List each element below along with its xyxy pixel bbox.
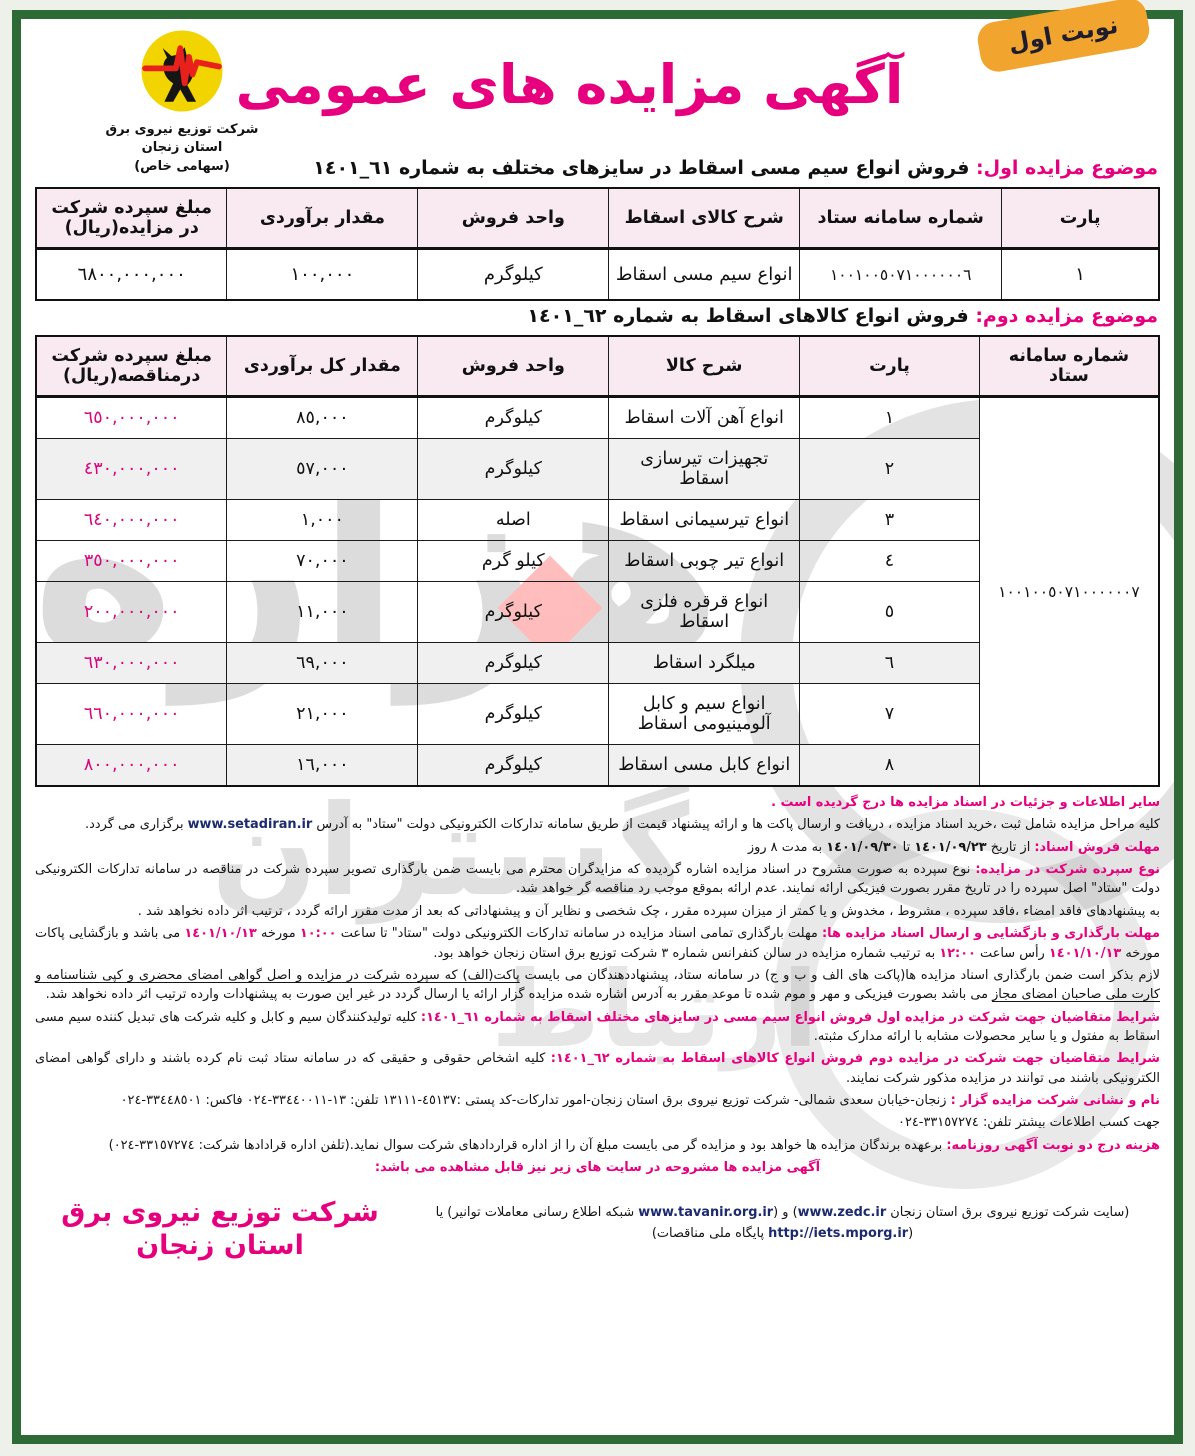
text-segment: ١٤٠١/٠٩/٢٣ — [914, 840, 986, 855]
column-header: واحد فروش — [418, 188, 609, 249]
table-cell: ١١,٠٠٠ — [227, 582, 418, 643]
page-title: آگهی مزایده های عمومی — [7, 25, 1132, 116]
table-cell: ٤ — [800, 541, 980, 582]
green-frame: هزاره گستران ارتباط شرکت توزیع نیروی برق… — [12, 10, 1183, 1444]
table-cell: ٨٠٠,٠٠٠,٠٠٠ — [36, 745, 227, 787]
website-url-text: www.tavanir.org.ir — [638, 1205, 773, 1220]
table-cell: ٦٨٠٠,٠٠٠,٠٠٠ — [36, 249, 227, 301]
paragraph: سایر اطلاعات و جزئیات در اسناد مزایده ها… — [35, 793, 1160, 812]
text-segment: به ترتیب شماره مزایده در سالن کنفرانس شم… — [433, 946, 939, 961]
paragraph: آگهی مزایده ها مشروحه در سایت های زیر نی… — [35, 1158, 1160, 1177]
paragraph: جهت کسب اطلاعات بیشتر تلفن: ٣٣١٥٧٢٧٤-٠٢٤ — [35, 1113, 1160, 1132]
footer-company-name: شرکت توزیع نیروی برق استان زنجان — [35, 1183, 405, 1262]
text-segment: نوع سپرده شرکت در مزایده: — [975, 862, 1160, 877]
paragraph: نوع سپرده شرکت در مزایده: نوع سپرده به ص… — [35, 860, 1160, 899]
table-cell: انواع تیرسیمانی اسقاط — [609, 500, 800, 541]
text-segment: کلیه مراحل مزایده شامل ثبت ،خرید اسناد م… — [312, 817, 1160, 832]
column-header: شماره سامانه ستاد — [800, 188, 1002, 249]
text-segment: لازم بذکر است ضمن بارگذاری اسناد مزایده … — [520, 968, 1160, 983]
text-segment: ١٠:٠٠ — [300, 926, 337, 941]
table-cell: ٥٧,٠٠٠ — [227, 439, 418, 500]
table-cell: ٧ — [800, 684, 980, 745]
table-cell: ٣٥٠,٠٠٠,٠٠٠ — [36, 541, 227, 582]
column-header: مقدار کل برآوردی — [227, 336, 418, 397]
text-segment: (سایت شرکت توزیع نیروی برق استان زنجان — [886, 1205, 1129, 1220]
table-cell: کیلوگرم — [418, 439, 609, 500]
table-cell: تجهیزات تیرسازی اسقاط — [609, 439, 800, 500]
table-header-row: پارتشماره سامانه ستادشرح کالای اسقاطواحد… — [36, 188, 1159, 249]
paragraph: کلیه مراحل مزایده شامل ثبت ،خرید اسناد م… — [35, 815, 1160, 834]
table-cell: ١ — [800, 397, 980, 439]
table-cell: ٦٩,٠٠٠ — [227, 643, 418, 684]
terms-paragraphs: سایر اطلاعات و جزئیات در اسناد مزایده ها… — [35, 793, 1160, 1177]
text-segment: نام و نشانی شرکت مزایده گزار : — [951, 1093, 1160, 1108]
table-cell: ٦٥٠,٠٠٠,٠٠٠ — [36, 397, 227, 439]
table-cell: کیلوگرم — [418, 684, 609, 745]
table-cell: انواع آهن آلات اسقاط — [609, 397, 800, 439]
text-segment: مورخه — [257, 926, 300, 941]
column-header: شرح کالای اسقاط — [609, 188, 800, 249]
table-cell: انواع سیم و کابل آلومینیومی اسقاط — [609, 684, 800, 745]
text-segment: جهت کسب اطلاعات بیشتر تلفن: ٣٣١٥٧٢٧٤-٠٢٤ — [898, 1115, 1160, 1130]
table-cell: کیلو گرم — [418, 541, 609, 582]
newspaper-ad-sheet: نوبت اول هزاره گستران ارتباط شرکت توزیع … — [0, 0, 1195, 1456]
website-url-text: www.zedc.ir — [798, 1205, 887, 1220]
text-segment: مهلت بارگذاری تمامی اسناد مزایده در ساما… — [337, 926, 823, 941]
table-cell: ٣ — [800, 500, 980, 541]
text-segment: ) و ( — [773, 1205, 797, 1220]
text-segment: زنجان-خیابان سعدی شمالی- شرکت توزیع نیرو… — [121, 1093, 951, 1108]
text-segment: هزینه درج دو نوبت آگهی روزنامه: — [946, 1138, 1160, 1153]
table-row: ١١٠٠١٠٠٥٠٧١٠٠٠٠٠٠٦انواع سیم مسی اسقاطکیل… — [36, 249, 1159, 301]
text-segment: تا — [899, 840, 915, 855]
table-cell: انواع سیم مسی اسقاط — [609, 249, 800, 301]
auction-2-table: شماره سامانه ستادپارتشرح کالاواحد فروشمق… — [35, 335, 1160, 787]
text-segment: شرایط متقاضیان جهت شرکت در مزایده دوم فر… — [551, 1051, 1160, 1066]
table-cell: ١٠٠١٠٠٥٠٧١٠٠٠٠٠٠٦ — [800, 249, 1002, 301]
paragraph: شرایط متقاضیان جهت شرکت در مزایده دوم فر… — [35, 1049, 1160, 1088]
column-header: پارت — [1002, 188, 1159, 249]
subject-2-text: فروش انواع کالاهای اسقاط به شماره ٦٢_١٤٠… — [527, 305, 975, 327]
text-segment: برگزاری می گردد. — [85, 817, 188, 832]
column-header: مبلغ سپرده شرکت در مزایده(ریال) — [36, 188, 227, 249]
text-segment: ١٢:٠٠ — [939, 946, 976, 961]
footer: (سایت شرکت توزیع نیروی برق استان زنجان w… — [35, 1183, 1160, 1262]
table-cell: ٢٠٠,٠٠٠,٠٠٠ — [36, 582, 227, 643]
table-cell: انواع قرقره فلزی اسقاط — [609, 582, 800, 643]
table-cell: ٦٦٠,٠٠٠,٠٠٠ — [36, 684, 227, 745]
text-segment: مهلت فروش اسناد: — [1034, 840, 1160, 855]
table-cell: ١٦,٠٠٠ — [227, 745, 418, 787]
table-cell: ٥ — [800, 582, 980, 643]
column-header: پارت — [800, 336, 980, 397]
paragraph: به پیشنهادهای فاقد امضاء ،فاقد سپرده ، م… — [35, 902, 1160, 921]
paragraph: لازم بذکر است ضمن بارگذاری اسناد مزایده … — [35, 966, 1160, 1005]
website-url-text: www.setadiran.ir — [188, 817, 313, 832]
logo-caption-line2: (سهامی خاص) — [87, 158, 277, 176]
column-header: مبلغ سپرده شرکت درمناقصه(ریال) — [36, 336, 227, 397]
paragraph: هزینه درج دو نوبت آگهی روزنامه: برعهده ب… — [35, 1136, 1160, 1155]
table-cell: ١,٠٠٠ — [227, 500, 418, 541]
paragraph: نام و نشانی شرکت مزایده گزار : زنجان-خیا… — [35, 1091, 1160, 1110]
table-cell: ٤٣٠,٠٠٠,٠٠٠ — [36, 439, 227, 500]
table-cell: ٢ — [800, 439, 980, 500]
paragraph: مهلت بارگذاری و بازگشایی و ارسال اسناد م… — [35, 924, 1160, 963]
table-cell: انواع کابل مسی اسقاط — [609, 745, 800, 787]
table-cell: کیلوگرم — [418, 582, 609, 643]
auction-subject-2: موضوع مزایده دوم: فروش انواع کالاهای اسق… — [35, 305, 1158, 327]
subject-1-label: موضوع مزایده اول: — [976, 157, 1158, 179]
column-header: شماره سامانه ستاد — [979, 336, 1159, 397]
subject-1-text: فروش انواع سیم مسی اسقاط در سایزهای مختل… — [313, 157, 976, 179]
table-cell: ١ — [1002, 249, 1159, 301]
text-segment: ١٤٠١/١٠/١٣ — [1049, 946, 1121, 961]
text-segment: رأس ساعت — [976, 946, 1049, 961]
text-segment: به مدت ٨ روز — [748, 840, 826, 855]
table-cell: انواع تیر چوبی اسقاط — [609, 541, 800, 582]
paragraph: شرایط متقاضیان جهت شرکت در مزایده اول فر… — [35, 1008, 1160, 1047]
table-cell: کیلوگرم — [418, 249, 609, 301]
logo-caption-line1: شرکت توزیع نیروی برق استان زنجان — [87, 121, 277, 156]
text-segment: پایگاه ملی مناقصات) — [652, 1226, 768, 1241]
subject-2-label: موضوع مزایده دوم: — [975, 305, 1158, 327]
table-cell: ١٠٠,٠٠٠ — [227, 249, 418, 301]
setad-number-cell: ١٠٠١٠٠٥٠٧١٠٠٠٠٠٠٧ — [979, 397, 1159, 787]
table-cell: اصله — [418, 500, 609, 541]
text-segment: برعهده برندگان مزایده ها خواهد بود و مزا… — [109, 1138, 947, 1153]
table-cell: ٢١,٠٠٠ — [227, 684, 418, 745]
table-header-row: شماره سامانه ستادپارتشرح کالاواحد فروشمق… — [36, 336, 1159, 397]
footer-websites: (سایت شرکت توزیع نیروی برق استان زنجان w… — [405, 1202, 1160, 1245]
text-segment: آگهی مزایده ها مشروحه در سایت های زیر نی… — [375, 1160, 820, 1175]
website-url-text: http://iets.mporg.ir — [768, 1226, 908, 1241]
table-row: ١٠٠١٠٠٥٠٧١٠٠٠٠٠٠٧١انواع آهن آلات اسقاطکی… — [36, 397, 1159, 439]
table-cell: ٧٠,٠٠٠ — [227, 541, 418, 582]
text-segment: می باشد بصورت فیزیکی و مهر و موم شده تا … — [46, 987, 992, 1002]
column-header: مقدار برآوردی — [227, 188, 418, 249]
text-segment: ١٤٠١/١٠/١٣ — [184, 926, 256, 941]
table-cell: ٦٤٠,٠٠٠,٠٠٠ — [36, 500, 227, 541]
table-cell: ٦ — [800, 643, 980, 684]
text-segment: سایر اطلاعات و جزئیات در اسناد مزایده ها… — [771, 795, 1160, 810]
table-cell: کیلوگرم — [418, 643, 609, 684]
auction-1-table: پارتشماره سامانه ستادشرح کالای اسقاطواحد… — [35, 187, 1160, 301]
text-segment: شرایط متقاضیان جهت شرکت در مزایده اول فر… — [421, 1010, 1160, 1025]
table-cell: میلگرد اسقاط — [609, 643, 800, 684]
text-segment: ١٤٠١/٠٩/٣٠ — [826, 840, 898, 855]
paragraph: مهلت فروش اسناد: از تاریخ ١٤٠١/٠٩/٢٣ تا … — [35, 838, 1160, 857]
text-segment: مهلت بارگذاری و بازگشایی و ارسال اسناد م… — [822, 926, 1160, 941]
column-header: واحد فروش — [418, 336, 609, 397]
table-cell: کیلوگرم — [418, 745, 609, 787]
table-cell: ٨٥,٠٠٠ — [227, 397, 418, 439]
table-cell: ٨ — [800, 745, 980, 787]
column-header: شرح کالا — [609, 336, 800, 397]
text-segment: از تاریخ — [987, 840, 1035, 855]
text-segment: به پیشنهادهای فاقد امضاء ،فاقد سپرده ، م… — [138, 904, 1160, 919]
table-cell: ٦٣٠,٠٠٠,٠٠٠ — [36, 643, 227, 684]
table-cell: کیلوگرم — [418, 397, 609, 439]
